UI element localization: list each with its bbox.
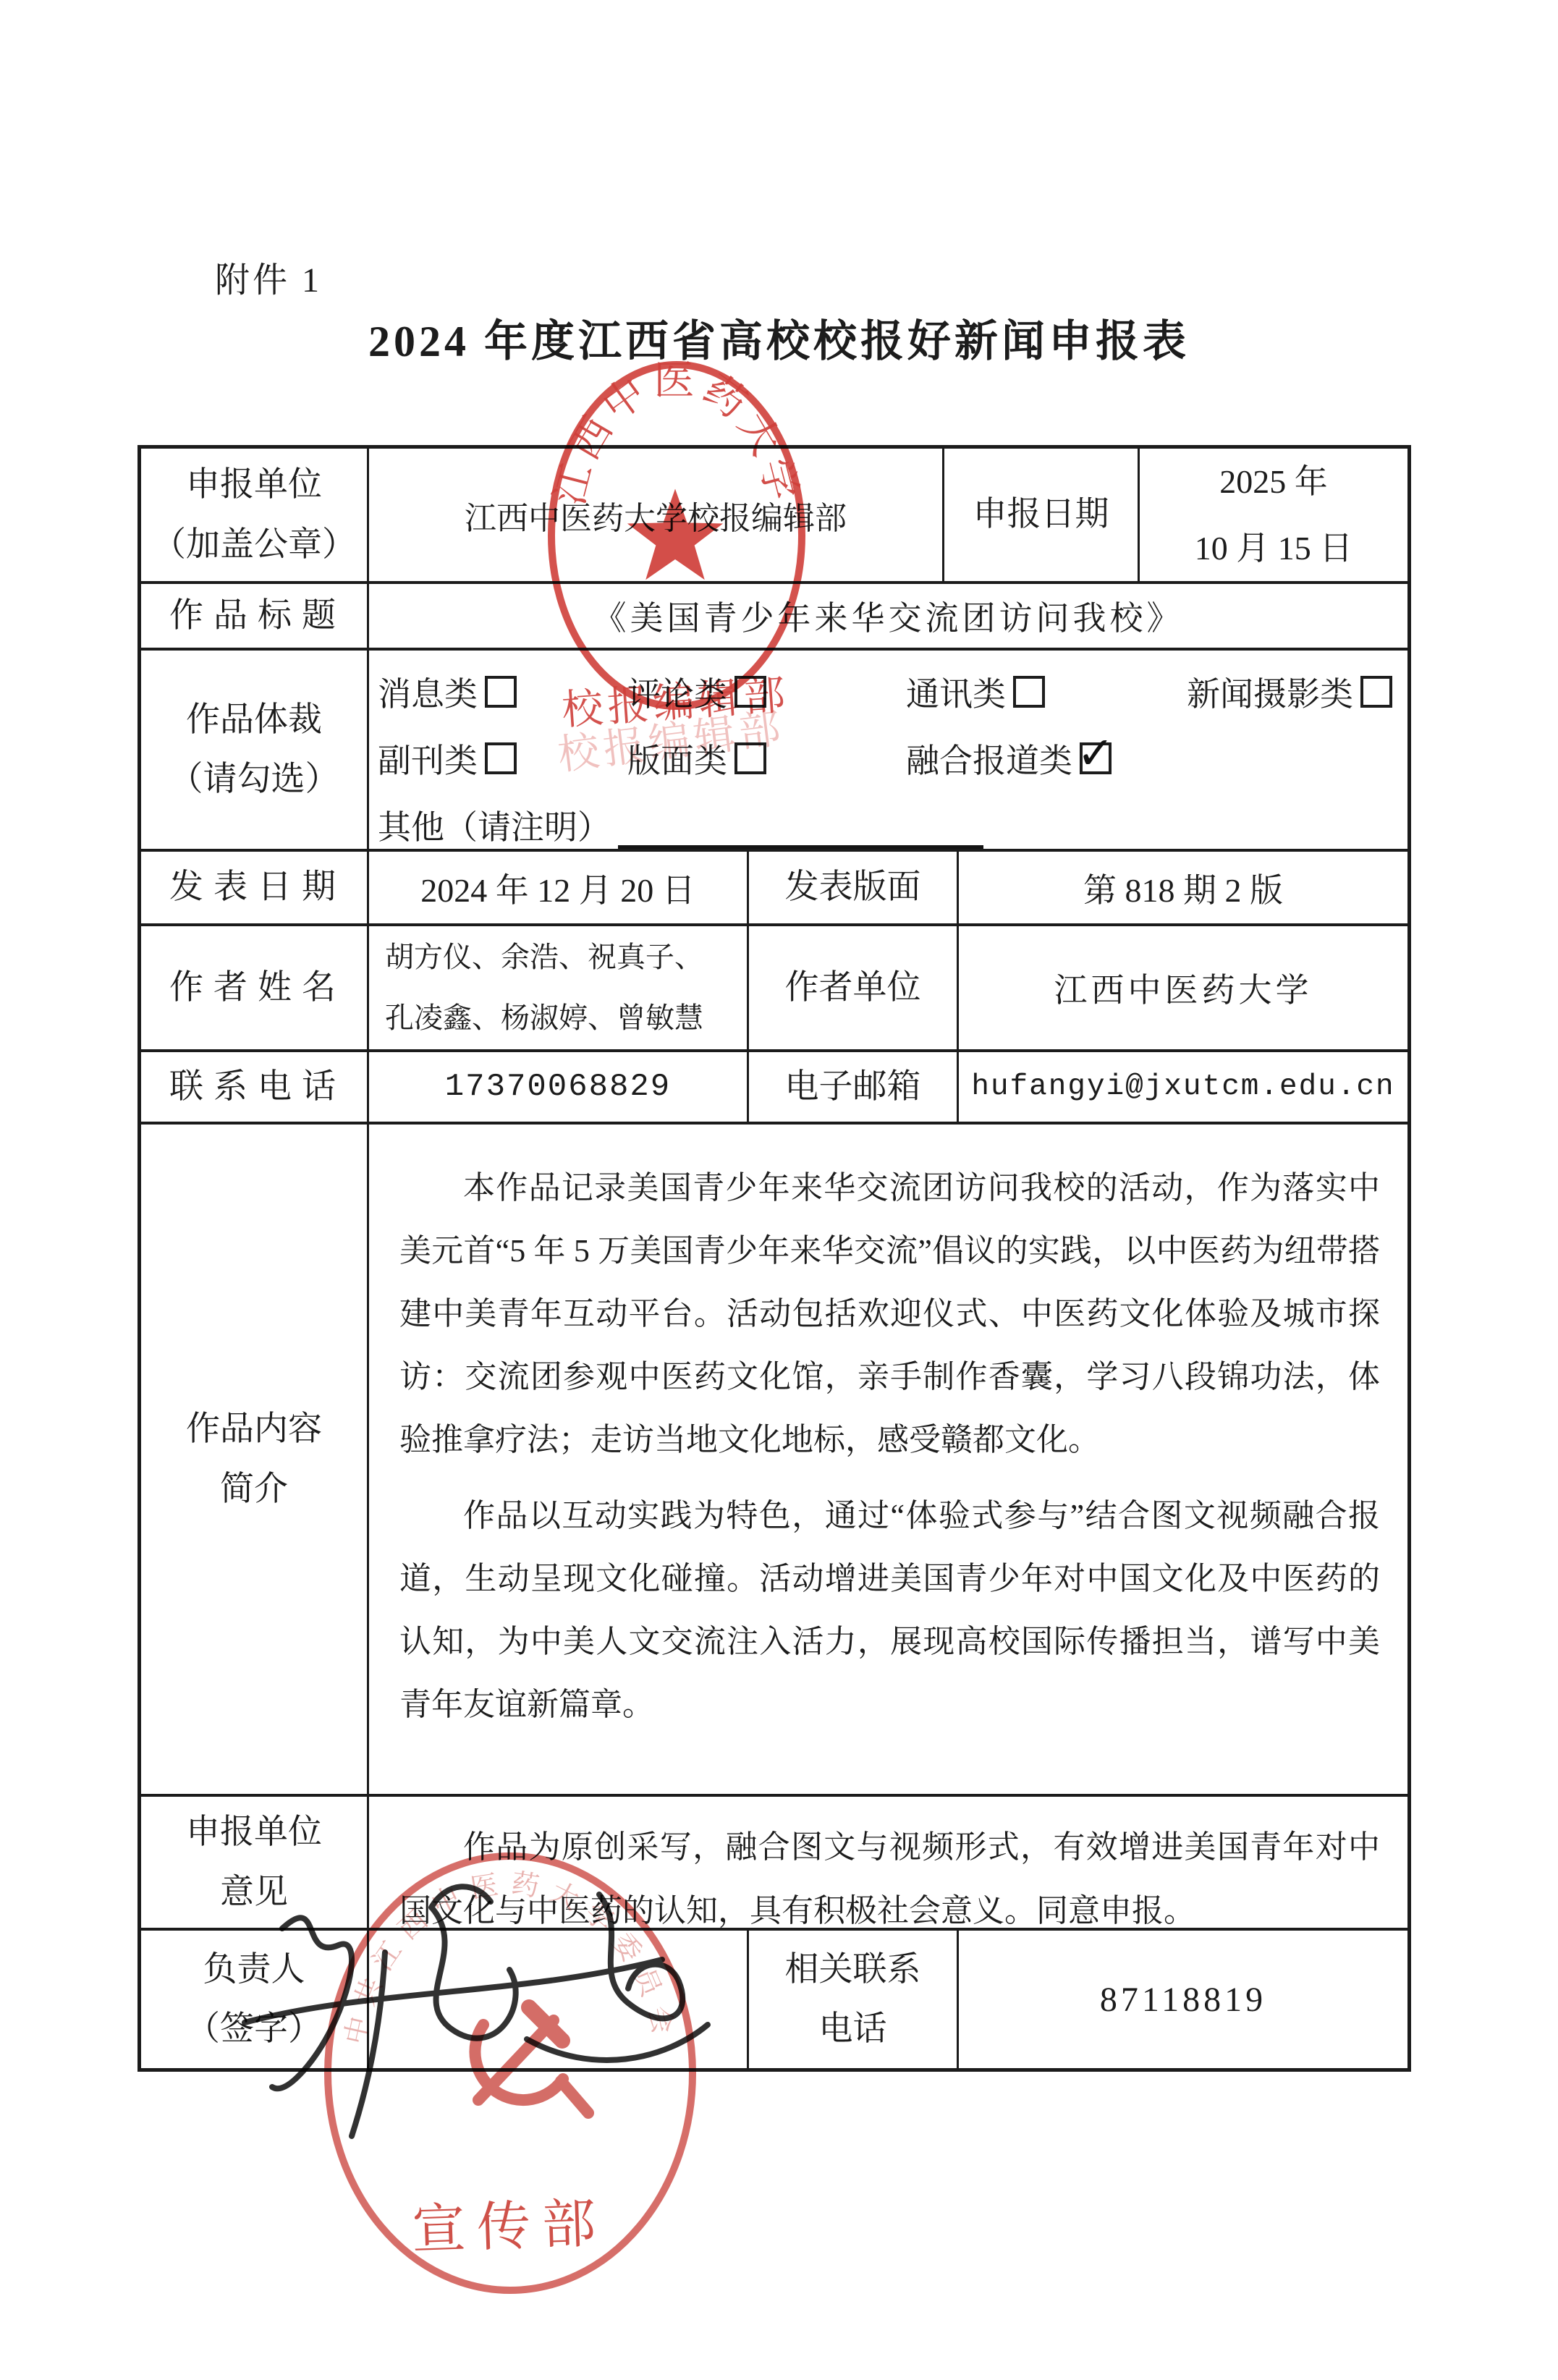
checkbox-supplement <box>485 742 517 774</box>
row-genre: 作品体裁 （请勾选） 消息类 评论类 通讯类 新闻摄影类 副刊类 版面类 融合报… <box>141 651 1407 852</box>
contact-phone-label: 联系电话 <box>141 1052 369 1122</box>
row-work-title: 作品标题 《美国青少年来华交流团访问我校》 <box>141 584 1407 651</box>
row-declare-unit: 申报单位 （加盖公章） 江西中医药大学校报编辑部 申报日期 2025 年 10 … <box>141 449 1407 584</box>
genre-option-photography: 新闻摄影类 <box>1187 666 1392 717</box>
signer-phone-label: 相关联系 电话 <box>749 1931 959 2068</box>
declare-date-value: 2025 年 10 月 15 日 <box>1140 449 1407 581</box>
work-title-value: 《美国青少年来华交流团访问我校》 <box>369 584 1407 648</box>
contact-email-value: hufangyi@jxutcm.edu.cn <box>959 1052 1407 1122</box>
page-title: 2024 年度江西省高校校报好新闻申报表 <box>0 307 1558 369</box>
row-opinion: 申报单位 意见 作品为原创采写，融合图文与视频形式，有效增进美国青年对中国文化与… <box>141 1797 1407 1931</box>
genre-option-news: 消息类 <box>378 666 517 717</box>
row-signer: 负责人 （签字） 相关联系 电话 87118819 <box>141 1931 1407 2068</box>
publish-page-value: 第 818 期 2 版 <box>959 852 1407 923</box>
other-blank-line <box>618 803 983 849</box>
checkbox-communication <box>1013 676 1045 708</box>
authors-label: 作者姓名 <box>141 926 369 1049</box>
row-authors: 作者姓名 胡方仪、余浩、祝真子、 孔凌鑫、杨淑婷、曾敏慧 作者单位 江西中医药大… <box>141 926 1407 1052</box>
application-form-table: 申报单位 （加盖公章） 江西中医药大学校报编辑部 申报日期 2025 年 10 … <box>137 445 1411 2072</box>
genre-option-converged: 融合报道类✓ <box>906 733 1112 784</box>
author-unit-label: 作者单位 <box>749 926 959 1049</box>
checkbox-photography <box>1360 676 1392 708</box>
publish-page-label: 发表版面 <box>749 852 959 923</box>
row-contact: 联系电话 17370068829 电子邮箱 hufangyi@jxutcm.ed… <box>141 1052 1407 1125</box>
genre-option-communication: 通讯类 <box>906 666 1045 717</box>
signature-area <box>369 1931 749 2068</box>
opinion-label: 申报单位 意见 <box>141 1797 369 1928</box>
signer-label: 负责人 （签字） <box>141 1931 369 2068</box>
genre-options: 消息类 评论类 通讯类 新闻摄影类 副刊类 版面类 融合报道类✓ 其他（请注明） <box>369 651 1407 849</box>
attachment-label: 附件 1 <box>215 252 322 302</box>
summary-text: 本作品记录美国青少年来华交流团访问我校的活动，作为落实中美元首“5 年 5 万美… <box>369 1125 1407 1794</box>
declare-unit-label: 申报单位 （加盖公章） <box>141 449 369 581</box>
genre-label: 作品体裁 （请勾选） <box>141 651 369 849</box>
declare-unit-value: 江西中医药大学校报编辑部 <box>369 449 944 581</box>
summary-paragraph-1: 本作品记录美国青少年来华交流团访问我校的活动，作为落实中美元首“5 年 5 万美… <box>399 1156 1380 1471</box>
authors-value: 胡方仪、余浩、祝真子、 孔凌鑫、杨淑婷、曾敏慧 <box>369 926 749 1049</box>
author-unit-value: 江西中医药大学 <box>959 926 1407 1049</box>
publish-date-value: 2024 年 12 月 20 日 <box>369 852 749 923</box>
opinion-text: 作品为原创采写，融合图文与视频形式，有效增进美国青年对中国文化与中医药的认知，具… <box>369 1797 1407 1928</box>
work-title-label: 作品标题 <box>141 584 369 648</box>
genre-option-supplement: 副刊类 <box>378 733 517 784</box>
signer-phone-value: 87118819 <box>959 1931 1407 2068</box>
contact-email-label: 电子邮箱 <box>749 1052 959 1122</box>
checkbox-layout <box>734 742 766 774</box>
genre-other: 其他（请注明） <box>378 794 983 849</box>
scanned-application-form-page: 附件 1 2024 年度江西省高校校报好新闻申报表 申报单位 （加盖公章） 江西… <box>0 0 1558 2380</box>
checkbox-converged: ✓ <box>1080 742 1112 774</box>
declare-date-label: 申报日期 <box>944 449 1140 581</box>
summary-label: 作品内容 简介 <box>141 1125 369 1794</box>
checkbox-commentary <box>734 676 766 708</box>
summary-paragraph-2: 作品以互动实践为特色，通过“体验式参与”结合图文视频融合报道，生动呈现文化碰撞。… <box>399 1484 1380 1736</box>
row-publish: 发表日期 2024 年 12 月 20 日 发表版面 第 818 期 2 版 <box>141 852 1407 926</box>
row-summary: 作品内容 简介 本作品记录美国青少年来华交流团访问我校的活动，作为落实中美元首“… <box>141 1125 1407 1797</box>
publish-date-label: 发表日期 <box>141 852 369 923</box>
checkbox-news <box>485 676 517 708</box>
genre-option-commentary: 评论类 <box>627 666 766 717</box>
genre-option-layout: 版面类 <box>627 733 766 784</box>
contact-phone-value: 17370068829 <box>369 1052 749 1122</box>
department-seal-text: 宣传部 <box>411 2194 609 2260</box>
